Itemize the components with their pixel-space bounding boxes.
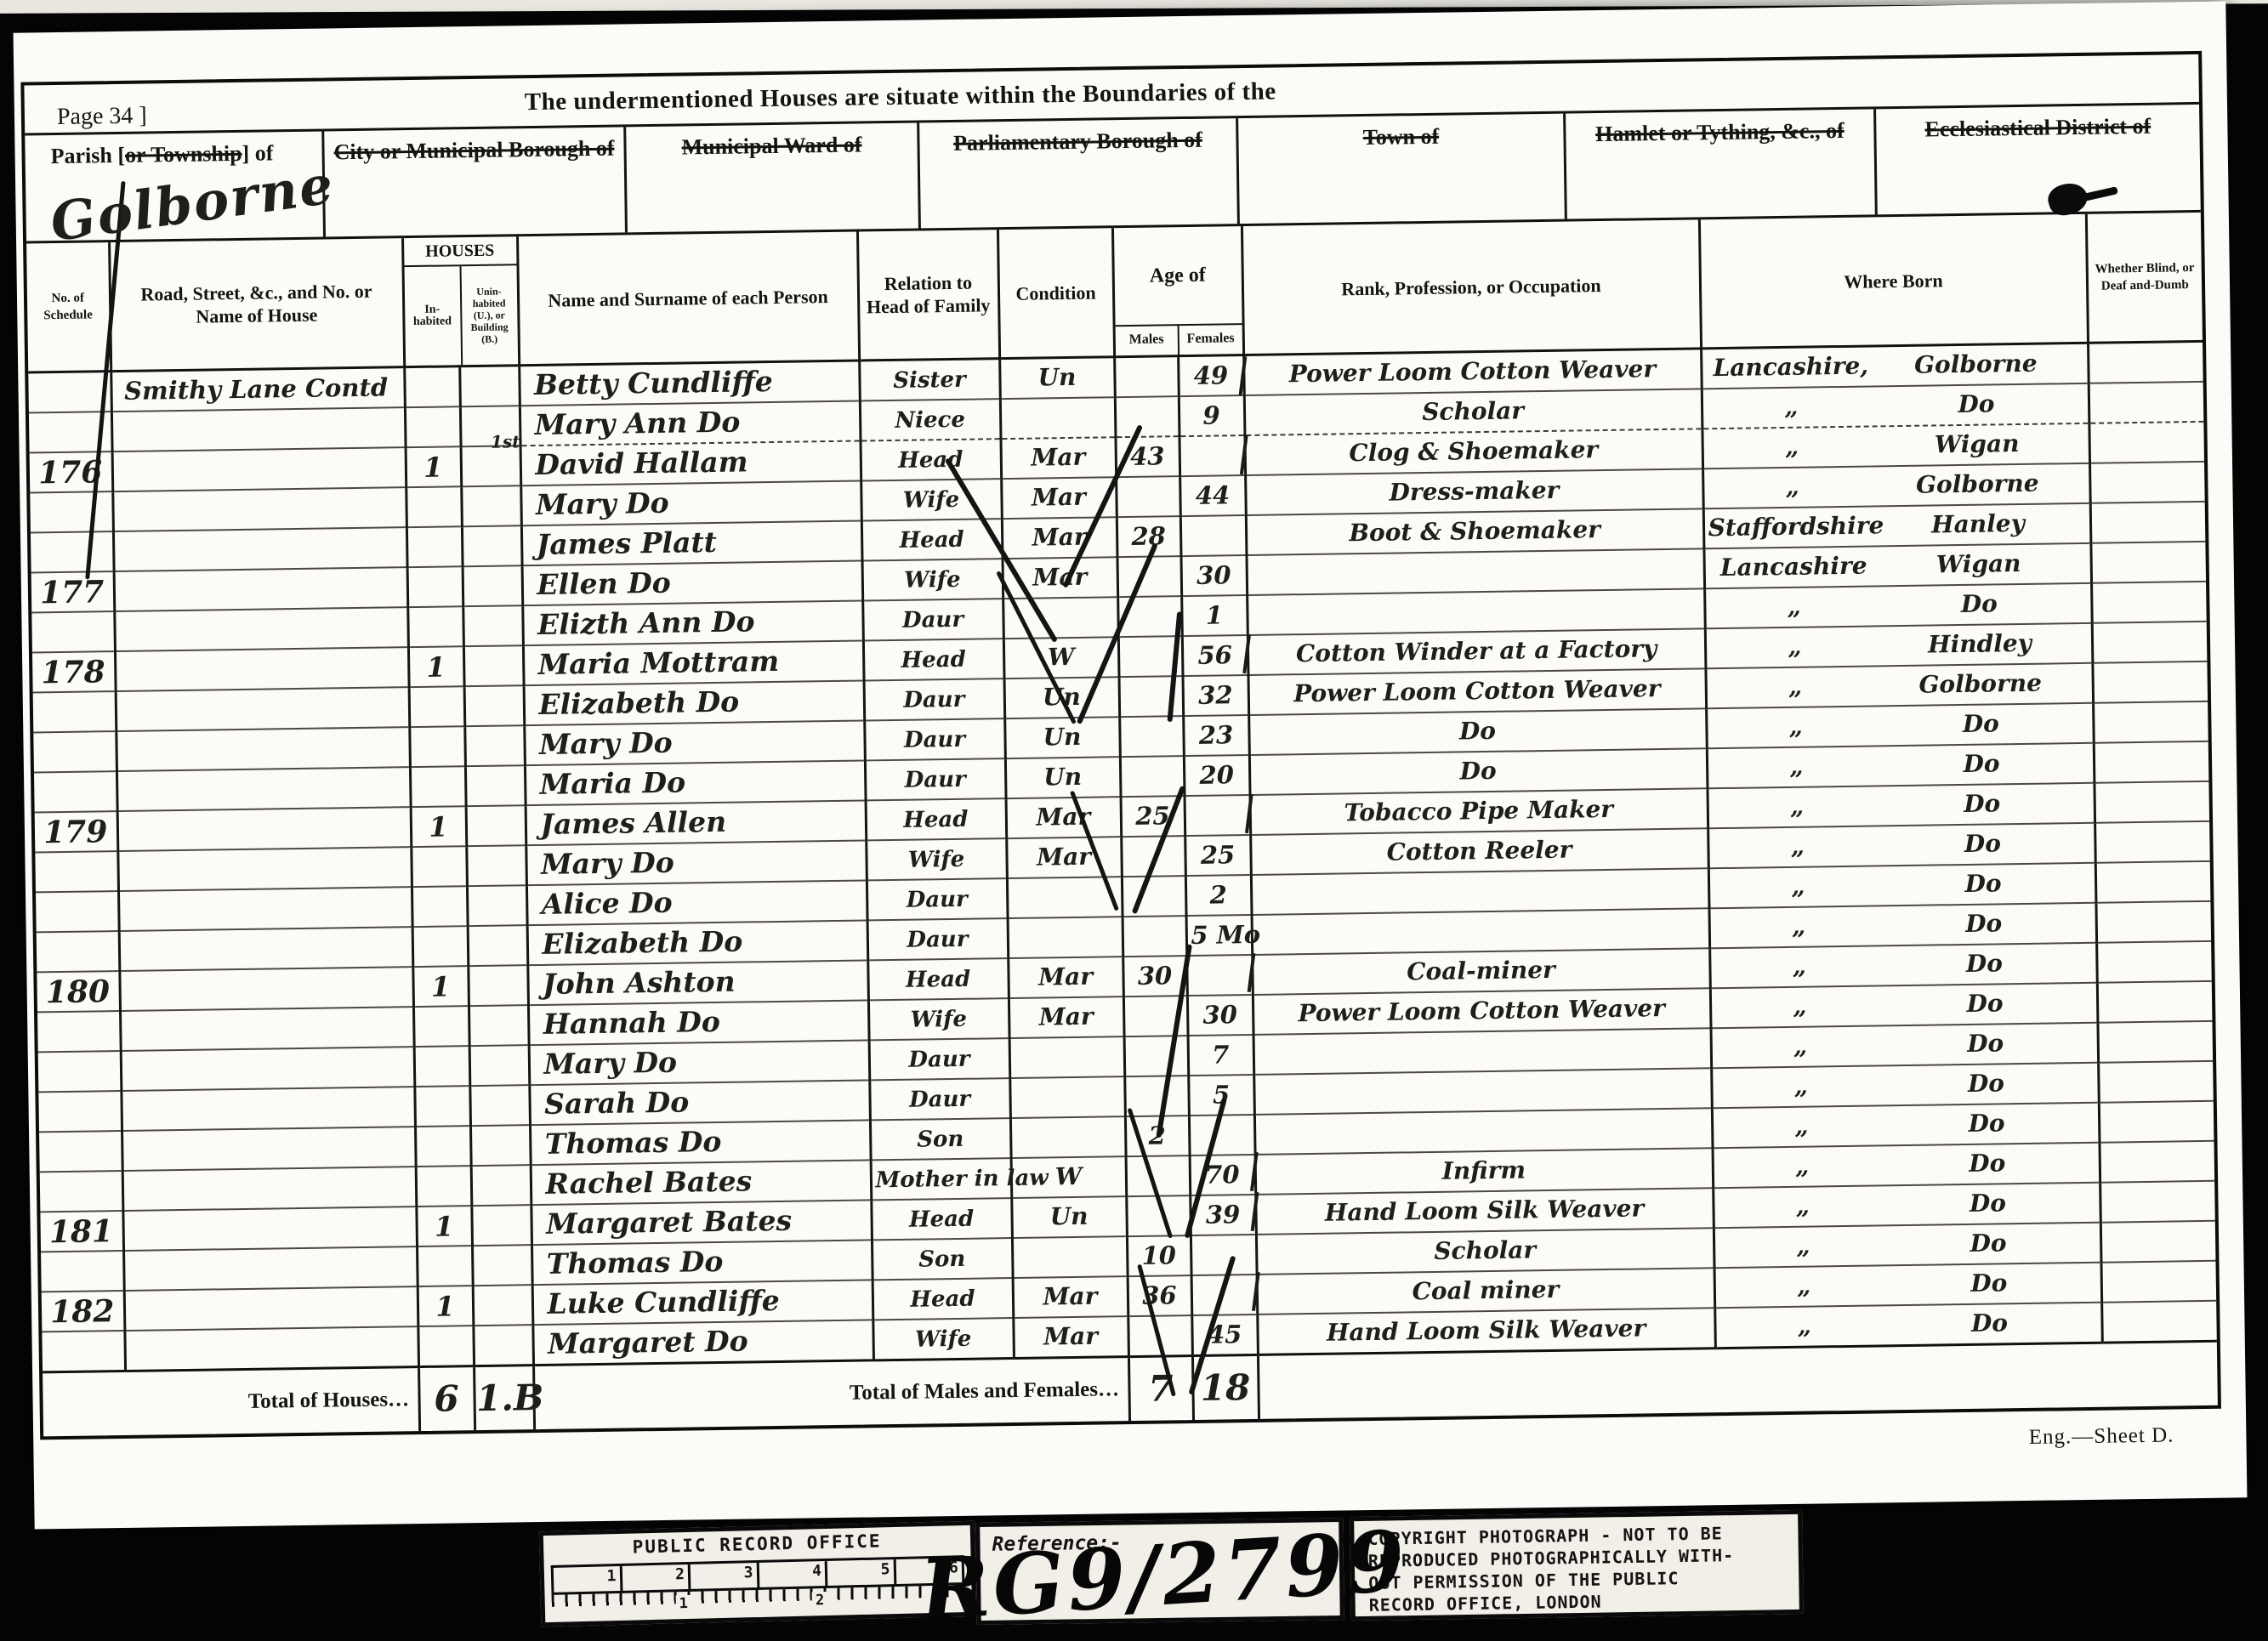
cell-schedule: 181 xyxy=(40,1211,123,1252)
cell-inhabited xyxy=(409,726,465,767)
cell-blind xyxy=(2097,1021,2213,1063)
cell-relation: Head xyxy=(867,958,1009,1000)
total-females: 18 xyxy=(1200,1366,1250,1409)
cell-age-male xyxy=(1114,356,1179,398)
cell-relation: Head xyxy=(866,798,1007,840)
cell-inhabited xyxy=(406,486,462,527)
cell-relation: Sister xyxy=(859,359,1000,401)
cell-occupation: Cotton Reeler xyxy=(1250,828,1708,875)
cell-condition: Un xyxy=(1011,1196,1127,1238)
cell-address xyxy=(119,967,413,1011)
cell-born: „Golborne xyxy=(1702,463,2090,509)
col-header-born: Where Born xyxy=(1699,214,2088,349)
cell-blind xyxy=(2094,781,2209,823)
cell-born: „Do xyxy=(1708,863,2096,909)
cell-relation: Mother in law xyxy=(871,1158,1012,1200)
cell-address xyxy=(113,527,407,571)
cell-blind xyxy=(2088,341,2203,383)
cell-name: Margaret Do xyxy=(532,1320,873,1365)
cell-condition xyxy=(1010,1116,1126,1158)
cell-inhabited xyxy=(405,406,461,447)
cell-blind xyxy=(2100,1181,2215,1223)
col-header-condition: Condition xyxy=(998,228,1114,358)
page-number-label: Page 34 ] xyxy=(57,102,147,131)
cell-condition xyxy=(1009,1076,1125,1118)
col-header-age-group: Age of Males Females xyxy=(1112,226,1243,357)
cell-schedule xyxy=(30,491,113,532)
cell-relation: Daur xyxy=(869,1038,1010,1080)
cell-age-female: 7 xyxy=(1188,1035,1254,1076)
cell-age-female xyxy=(1189,1115,1255,1156)
cell-relation: Daur xyxy=(867,878,1008,920)
cell-occupation: Hand Loom Silk Weaver xyxy=(1255,1188,1714,1235)
cell-age-male xyxy=(1124,1036,1189,1076)
cell-inhabited xyxy=(416,1166,472,1207)
cell-inhabited xyxy=(418,1326,474,1366)
cell-condition: Un xyxy=(1005,757,1121,798)
cell-age-male xyxy=(1123,916,1187,957)
cell-born: „Do xyxy=(1710,983,2098,1029)
cell-inhabited xyxy=(417,1246,473,1286)
cell-born: „Wigan xyxy=(1702,423,2089,469)
cell-inhabited: 1 xyxy=(406,446,462,487)
cell-blind xyxy=(2089,462,2205,503)
cell-condition: Mar xyxy=(1009,997,1124,1038)
cell-uninhabited xyxy=(469,1045,530,1086)
cell-inhabited: 1 xyxy=(418,1286,474,1326)
cell-uninhabited xyxy=(471,1205,531,1246)
cell-born: „Golborne xyxy=(1705,663,2093,709)
cell-inhabited: 1 xyxy=(416,1206,472,1246)
cell-born: „Do xyxy=(1709,943,2097,989)
cell-born: StaffordshireHanley xyxy=(1703,503,2091,549)
cell-born: „Do xyxy=(1714,1263,2102,1309)
cell-address xyxy=(114,607,408,651)
cell-occupation: Tobacco Pipe Maker xyxy=(1250,788,1708,835)
cell-age-female: 56 xyxy=(1182,635,1248,676)
cell-relation: Daur xyxy=(865,758,1006,800)
cell-address xyxy=(117,807,412,851)
cell-occupation xyxy=(1252,908,1710,955)
cell-condition: Mar xyxy=(1008,957,1123,998)
total-houses-inhabited: 6 xyxy=(434,1377,459,1419)
ruler-number: 5 xyxy=(827,1559,896,1586)
cell-relation: Daur xyxy=(869,1078,1010,1120)
parish-handwritten-value: Golborne xyxy=(47,153,338,253)
cell-age-female xyxy=(1179,435,1245,476)
cell-condition: Mar xyxy=(1002,517,1117,559)
col-header-road: Road, Street, &c., and No. or Name of Ho… xyxy=(109,238,404,371)
cell-address xyxy=(122,1167,417,1211)
cell-occupation xyxy=(1247,588,1705,635)
cell-condition: Un xyxy=(999,357,1115,399)
cell-occupation: Do xyxy=(1248,708,1707,755)
cell-relation: Wife xyxy=(868,998,1009,1040)
cell-uninhabited xyxy=(467,885,527,926)
cell-name: John Ashton xyxy=(527,960,868,1005)
public-record-office-stamp: PUBLIC RECORD OFFICE 123456 12 xyxy=(539,1521,977,1627)
cell-address: Smithy Lane Contd xyxy=(111,367,405,412)
cell-address xyxy=(118,887,412,931)
cell-address xyxy=(117,767,411,811)
cell-inhabited xyxy=(406,526,463,567)
cell-relation: Head xyxy=(871,1198,1012,1240)
cell-age-female xyxy=(1186,955,1253,996)
district-town: Town of xyxy=(1238,114,1567,224)
cell-born: „Do xyxy=(1713,1143,2100,1189)
cell-name: Ellen Do xyxy=(522,560,863,605)
cell-inhabited xyxy=(409,686,465,727)
cell-condition: Mar xyxy=(1013,1276,1128,1318)
district-city-borough: City or Municipal Borough of xyxy=(324,127,628,236)
cell-address xyxy=(111,407,406,451)
cell-occupation xyxy=(1253,1028,1712,1075)
cell-age-male xyxy=(1122,876,1186,917)
cell-address xyxy=(124,1286,418,1331)
cell-blind xyxy=(2092,622,2208,663)
ruler-number: 1 xyxy=(554,1566,622,1593)
cell-schedule xyxy=(33,691,117,732)
situate-heading: The undermentioned Houses are situate wi… xyxy=(382,76,1419,118)
cell-occupation: Coal-miner xyxy=(1252,948,1710,995)
cell-inhabited xyxy=(411,846,467,887)
cell-address xyxy=(114,567,408,611)
total-houses-uninhabited: 1.B xyxy=(476,1377,544,1419)
cell-age-male: 36 xyxy=(1128,1275,1192,1316)
cell-occupation xyxy=(1254,1108,1713,1155)
cell-schedule xyxy=(36,891,119,932)
cell-uninhabited xyxy=(473,1325,533,1366)
cell-age-male: 28 xyxy=(1117,516,1181,557)
cell-occupation: Hand Loom Silk Weaver xyxy=(1257,1308,1715,1354)
cell-address xyxy=(112,487,406,531)
cell-relation: Daur xyxy=(862,599,1003,640)
cell-inhabited xyxy=(414,1086,470,1127)
cell-age-female: 2 xyxy=(1185,875,1252,916)
cell-blind xyxy=(2094,741,2209,783)
col-header-males: Males xyxy=(1115,326,1179,355)
cell-inhabited xyxy=(407,606,463,647)
cell-condition: Mar xyxy=(1013,1316,1128,1358)
cell-uninhabited xyxy=(463,645,524,686)
cell-age-female xyxy=(1191,1235,1257,1275)
cell-address xyxy=(123,1246,418,1291)
cell-age-female: 20 xyxy=(1184,755,1250,796)
cell-name: Mary Do xyxy=(520,480,861,525)
cell-inhabited: 1 xyxy=(408,646,464,687)
cell-blind xyxy=(2101,1301,2217,1343)
cell-schedule xyxy=(35,851,118,892)
cell-name: Thomas Do xyxy=(530,1120,871,1165)
cell-relation: Wife xyxy=(873,1318,1014,1360)
cell-address xyxy=(117,847,412,891)
cell-schedule xyxy=(40,1171,123,1212)
cell-address xyxy=(119,927,413,971)
cell-schedule xyxy=(33,731,117,772)
census-scan: Page 34 ] The undermentioned Houses are … xyxy=(0,0,2268,1641)
cell-occupation: Scholar xyxy=(1244,389,1702,435)
ruler-inch-number: 1 xyxy=(675,1595,691,1612)
total-houses-label: Total of Houses… xyxy=(125,1367,419,1435)
cell-blind xyxy=(2095,821,2210,863)
cell-name: Maria Mottram xyxy=(523,640,864,685)
cell-uninhabited xyxy=(473,1285,533,1326)
cell-schedule: 178 xyxy=(32,651,116,692)
cell-blind xyxy=(2091,582,2207,623)
cell-age-female: 39 xyxy=(1190,1195,1256,1235)
cell-occupation: Cotton Winder at a Factory xyxy=(1248,628,1706,675)
cell-occupation xyxy=(1253,1068,1712,1115)
cell-age-female xyxy=(1180,515,1247,556)
cell-age-female: 30 xyxy=(1187,995,1253,1036)
cell-occupation: Power Loom Cotton Weaver xyxy=(1248,668,1707,715)
cell-uninhabited xyxy=(464,685,525,726)
census-table: No. of Schedule Road, Street, &c., and N… xyxy=(26,213,2218,1436)
cell-inhabited xyxy=(407,566,463,607)
cell-name: Maria Do xyxy=(525,760,866,805)
cell-relation: Niece xyxy=(860,399,1001,440)
cell-address xyxy=(120,1007,414,1051)
cell-schedule xyxy=(31,611,115,652)
cell-blind xyxy=(2092,662,2208,703)
cell-occupation: Infirm xyxy=(1255,1148,1714,1195)
cell-occupation: Boot & Shoemaker xyxy=(1246,508,1704,555)
parish-label: Parish [or Township] of xyxy=(50,140,273,168)
cell-schedule: 182 xyxy=(42,1291,125,1332)
cell-born: „Do xyxy=(1711,1063,2099,1109)
cell-schedule: 179 xyxy=(35,811,118,852)
cell-age-female: 30 xyxy=(1180,555,1247,596)
cell-blind xyxy=(2093,701,2208,743)
cell-name: Betty Cundliffe xyxy=(519,361,860,406)
cell-uninhabited xyxy=(459,366,520,406)
cell-address xyxy=(122,1127,416,1171)
cell-age-male xyxy=(1116,476,1180,517)
cell-relation: Head xyxy=(861,519,1003,560)
cell-occupation: Clog & Shoemaker xyxy=(1244,429,1702,475)
parish-box: Parish [or Township] of Golborne xyxy=(25,131,326,241)
cell-blind xyxy=(2089,422,2204,463)
cell-occupation: Scholar xyxy=(1256,1228,1714,1275)
cell-inhabited xyxy=(413,1006,469,1047)
cell-uninhabited xyxy=(462,525,522,566)
cell-uninhabited xyxy=(469,1085,530,1126)
cell-address xyxy=(121,1087,415,1131)
cell-uninhabited xyxy=(470,1125,531,1166)
cell-uninhabited xyxy=(461,485,521,526)
cell-name: 1stDavid Hallam xyxy=(520,441,861,486)
cell-blind xyxy=(2100,1221,2216,1263)
cell-occupation: Power Loom Cotton Weaver xyxy=(1253,988,1711,1035)
cell-condition: Un xyxy=(1004,717,1120,758)
cell-age-female: 25 xyxy=(1185,835,1251,876)
cell-name: Hannah Do xyxy=(528,1000,869,1045)
ruler: 123456 12 xyxy=(551,1555,965,1618)
cell-inhabited xyxy=(410,766,466,807)
cell-schedule xyxy=(34,771,117,812)
cell-schedule xyxy=(38,1091,122,1132)
cell-address xyxy=(115,647,409,691)
cell-born: „Do xyxy=(1713,1183,2100,1229)
cell-uninhabited xyxy=(469,1005,529,1046)
cell-age-female: 9 xyxy=(1179,395,1245,436)
cell-relation: Head xyxy=(863,639,1004,680)
cell-born: „Do xyxy=(1702,383,2089,429)
district-ecclesiastical: Ecclesiastical District of xyxy=(1876,105,2201,214)
cell-schedule xyxy=(37,1011,121,1052)
cell-age-female: 23 xyxy=(1183,715,1249,756)
cell-name: Mary Do xyxy=(526,840,867,885)
cell-born: „Do xyxy=(1708,823,2095,869)
cell-born: „Do xyxy=(1712,1103,2100,1149)
district-hamlet: Hamlet or Tything, &c., of xyxy=(1566,109,1878,219)
cell-condition: Mar xyxy=(1006,797,1122,838)
cell-address xyxy=(112,447,406,491)
cell-blind xyxy=(2095,901,2211,943)
cell-blind xyxy=(2090,502,2206,543)
cell-uninhabited xyxy=(468,925,528,966)
cell-schedule xyxy=(37,931,120,972)
cell-address xyxy=(122,1207,417,1251)
cell-name: James Platt xyxy=(521,520,862,565)
cell-uninhabited xyxy=(465,765,526,806)
cell-name: James Allen xyxy=(526,800,867,845)
cell-born: „Do xyxy=(1706,703,2094,749)
cell-schedule xyxy=(31,531,114,572)
cell-relation: Son xyxy=(870,1118,1011,1160)
cell-blind xyxy=(2096,941,2212,983)
cell-age-male xyxy=(1120,756,1185,797)
census-table-body: Smithy Lane ContdBetty CundliffeSisterUn… xyxy=(28,341,2217,1371)
cell-occupation xyxy=(1251,868,1709,915)
sheet-label: Eng.—Sheet D. xyxy=(2029,1424,2174,1450)
cell-condition xyxy=(1012,1236,1128,1278)
cell-age-male xyxy=(1119,716,1184,757)
cell-address xyxy=(116,727,410,771)
cell-schedule xyxy=(28,372,111,413)
cell-age-female: 32 xyxy=(1183,675,1249,716)
cell-uninhabited xyxy=(466,805,526,846)
cell-name: Sarah Do xyxy=(529,1080,870,1125)
cell-uninhabited xyxy=(463,605,523,646)
cell-uninhabited xyxy=(471,1165,531,1206)
cell-name: Alice Do xyxy=(526,880,867,925)
cell-born: „Do xyxy=(1707,743,2095,789)
totals-blank xyxy=(43,1371,126,1436)
cell-schedule xyxy=(42,1331,125,1372)
col-header-schedule: No. of Schedule xyxy=(26,242,111,372)
col-header-females: Females xyxy=(1179,325,1242,355)
cell-blind xyxy=(2097,981,2213,1023)
ruler-number: 3 xyxy=(691,1563,759,1589)
cell-name: Elizth Ann Do xyxy=(522,600,863,645)
cell-age-female: 1 xyxy=(1181,595,1248,636)
cell-inhabited xyxy=(412,926,469,967)
cell-name: Mary Ann Do xyxy=(520,401,861,446)
ruler-number: 2 xyxy=(622,1564,691,1591)
cell-born: „Do xyxy=(1714,1223,2101,1269)
cell-blind xyxy=(2099,1141,2214,1183)
cell-schedule xyxy=(38,1051,122,1092)
cell-occupation: Power Loom Cotton Weaver xyxy=(1243,349,1702,395)
district-municipal-ward: Municipal Ward of xyxy=(626,122,921,232)
cell-relation: Daur xyxy=(864,679,1005,720)
cell-relation: Head xyxy=(861,439,1002,480)
cell-inhabited: 1 xyxy=(411,806,467,847)
cell-condition xyxy=(1000,397,1116,439)
col-header-age: Age of xyxy=(1113,226,1242,325)
district-parliamentary-borough: Parliamentary Borough of xyxy=(919,118,1240,228)
cell-born: Lancashire,Golborne xyxy=(1701,343,2089,389)
cell-schedule: 177 xyxy=(31,571,115,612)
cell-born: „Do xyxy=(1711,1023,2099,1069)
cell-born: „Do xyxy=(1714,1303,2102,1349)
cell-age-male xyxy=(1124,1076,1189,1116)
col-header-houses: HOUSES xyxy=(404,236,516,267)
cell-occupation: Do xyxy=(1249,748,1708,795)
cell-inhabited xyxy=(415,1126,471,1167)
col-header-houses-group: HOUSES In-habited Unin-habited (U.), or … xyxy=(402,236,519,366)
cell-condition xyxy=(1008,917,1123,958)
cell-uninhabited xyxy=(468,965,528,1006)
cell-born: „Hindley xyxy=(1705,623,2093,669)
cell-age-female xyxy=(1185,795,1251,836)
cell-name: Margaret Bates xyxy=(531,1200,872,1245)
cell-schedule: 180 xyxy=(37,971,120,1012)
cell-born: „Do xyxy=(1707,783,2095,829)
col-header-uninhabited: Unin-habited (U.), or Building (B.) xyxy=(461,265,518,365)
cell-blind xyxy=(2099,1101,2214,1143)
cell-address xyxy=(124,1326,418,1371)
cell-relation: Son xyxy=(872,1238,1013,1280)
cell-blind xyxy=(2098,1061,2214,1103)
cell-uninhabited xyxy=(466,845,526,886)
form-frame: Page 34 ] The undermentioned Houses are … xyxy=(20,51,2221,1440)
ruler-number: 4 xyxy=(759,1561,827,1587)
cell-age-male xyxy=(1115,396,1179,437)
cell-uninhabited xyxy=(472,1245,532,1286)
totals-blank-right xyxy=(1258,1341,2218,1419)
cell-age-female: 5 Mo xyxy=(1186,915,1253,956)
cell-relation: Daur xyxy=(867,918,1009,960)
copyright-stamp: COPYRIGHT PHOTOGRAPH - NOT TO BEREPRODUC… xyxy=(1350,1510,1804,1621)
annotation: 1st xyxy=(491,433,520,450)
col-header-name: Name and Surname of each Person xyxy=(517,232,859,366)
total-males-females-label: Total of Males and Females… xyxy=(533,1357,1129,1430)
cell-address xyxy=(121,1047,415,1091)
cell-occupation: Dress-maker xyxy=(1245,468,1703,515)
cell-name: Elizabeth Do xyxy=(524,680,865,725)
cell-name: Rachel Bates xyxy=(531,1160,872,1205)
cell-name: Thomas Do xyxy=(531,1240,873,1285)
cell-age-male: 10 xyxy=(1127,1235,1191,1276)
col-header-blind: Whether Blind, or Deaf and-Dumb xyxy=(2086,213,2203,343)
cell-blind xyxy=(2089,382,2204,423)
cell-born: „Do xyxy=(1708,903,2096,949)
pro-stamp-title: PUBLIC RECORD OFFICE xyxy=(543,1529,970,1559)
cell-blind xyxy=(2090,542,2206,583)
cell-schedule xyxy=(39,1131,122,1172)
cell-relation: Head xyxy=(873,1278,1014,1320)
cell-blind xyxy=(2095,861,2211,903)
cell-age-male: 30 xyxy=(1123,956,1187,997)
cell-age-female: 49 xyxy=(1178,355,1244,397)
cell-occupation xyxy=(1246,548,1704,595)
cell-age-female: 44 xyxy=(1179,475,1246,516)
col-header-occupation: Rank, Profession, or Occupation xyxy=(1242,219,1701,355)
cell-schedule xyxy=(41,1251,124,1292)
cell-inhabited xyxy=(404,366,460,407)
